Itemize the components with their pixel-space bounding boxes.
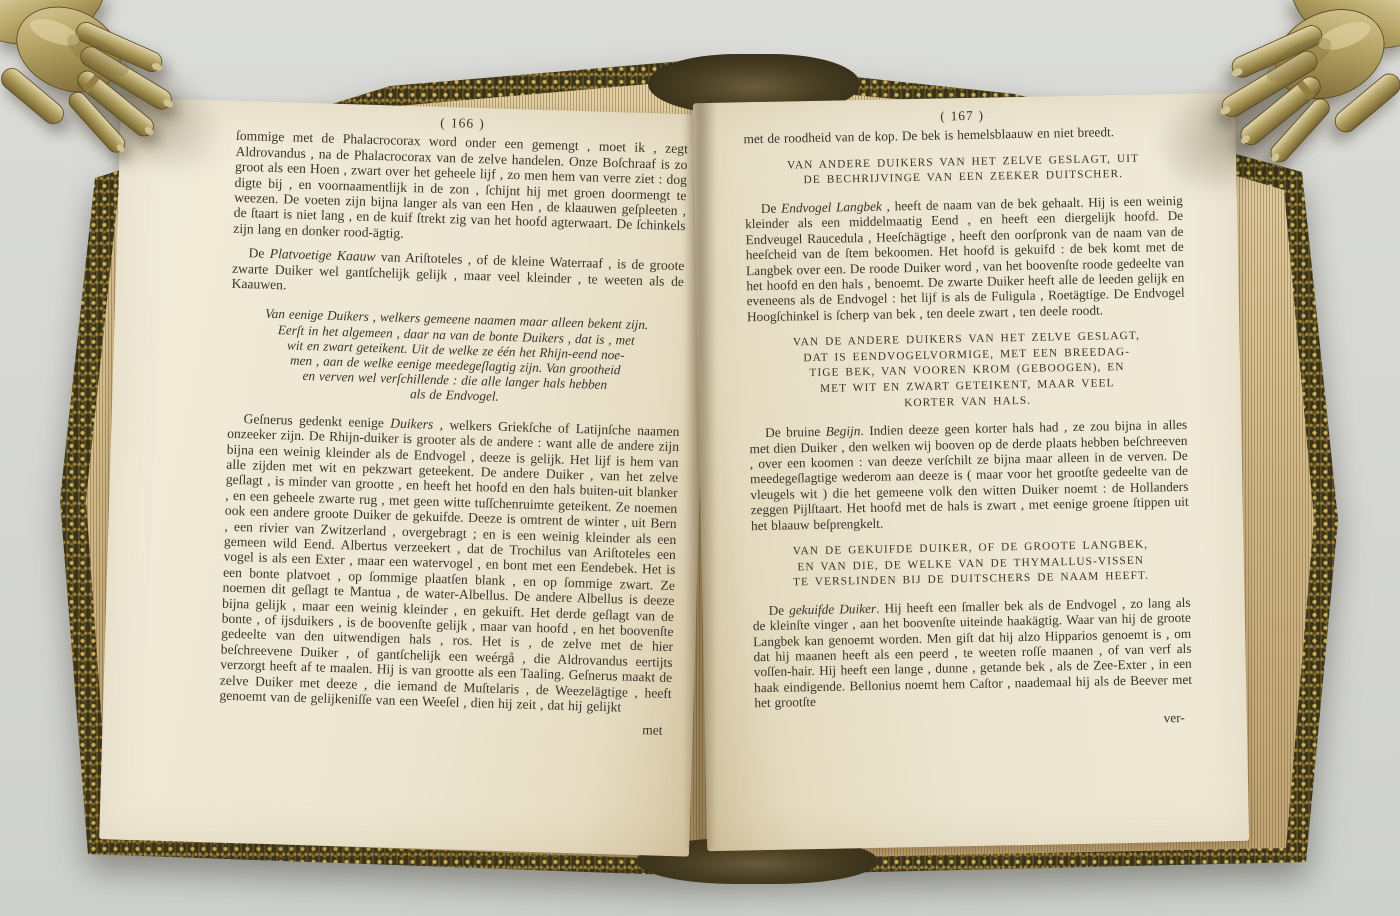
paragraph: De bruine Begijn. Indien deeze geen kort… xyxy=(749,417,1189,533)
text-run: , welkers Griekſche of Latijnſche naamen… xyxy=(219,417,679,715)
left-page-text: ( 166 ) ſommige met de Phalacrocorax wor… xyxy=(219,109,689,739)
brass-hand-right-icon xyxy=(1190,0,1400,176)
paragraph: ſommige met de Phalacrocorax word onder … xyxy=(233,128,688,249)
section-heading: VAN DE ANDERE DUIKERS VAN HET ZELVE GESL… xyxy=(747,328,1186,414)
paragraph: Geſnerus gedenkt eenige Duikers , welker… xyxy=(219,410,679,716)
paragraph: De gekuifde Duiker. Hij heeft een ſmalle… xyxy=(752,595,1192,711)
paragraph: met de roodheid van de kop. De bek is he… xyxy=(743,123,1181,147)
text-run: De xyxy=(761,201,782,216)
italic-text-run: Endvogel Langbek xyxy=(781,199,882,216)
italic-text-run: gekuifde Duiker xyxy=(789,601,876,618)
text-run: De bruine xyxy=(765,424,826,440)
section-heading: VAN DE GEKUIFDE DUIKER, OF DE GROOTE LAN… xyxy=(751,537,1190,592)
section-heading: VAN ANDERE DUIKERS VAN HET ZELVE GESLAGT… xyxy=(744,151,1183,191)
paragraph: De Platvoetige Kaauw van Ariſtoteles , o… xyxy=(231,245,684,305)
text-run: De xyxy=(248,246,270,262)
paragraph: De Endvogel Langbek , heeft de naam van … xyxy=(745,193,1185,325)
brass-hand-left-icon xyxy=(0,0,202,166)
right-page-text: ( 167 ) met de roodheid van de kop. De b… xyxy=(743,104,1193,733)
italic-text-run: Duikers xyxy=(390,415,433,431)
catchword: ver- xyxy=(755,709,1193,733)
text-run: De xyxy=(768,602,789,617)
left-page: ( 166 ) ſommige met de Phalacrocorax wor… xyxy=(99,97,711,856)
italic-text-run: Begijn xyxy=(826,423,861,439)
gutter-shadow xyxy=(684,94,716,850)
right-page: ( 167 ) met de roodheid van de kop. De b… xyxy=(693,93,1249,851)
book-photograph: ( 166 ) ſommige met de Phalacrocorax wor… xyxy=(0,0,1400,916)
italic-section-summary: Van eenige Duikers , welkers gemeene naa… xyxy=(228,305,683,410)
